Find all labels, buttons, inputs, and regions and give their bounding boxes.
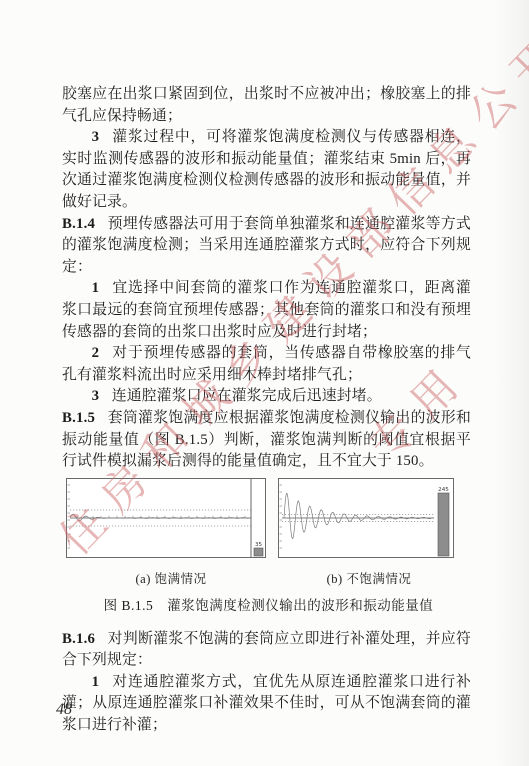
- paragraph-text: 胶塞应在出浆口紧固到位，出浆时不应被冲出；橡胶塞上的排气孔应保持畅通；: [62, 86, 471, 124]
- clause-number: B.1.6: [62, 631, 95, 647]
- clause-text: 对判断灌浆不饱满的套筒应立即进行补灌处理，并应符合下列规定：: [62, 631, 471, 669]
- item-number: 3: [92, 129, 100, 145]
- clause-b16: B.1.6对判断灌浆不饱满的套筒应立即进行补灌处理，并应符合下列规定：: [62, 629, 471, 672]
- caption-a: (a) 饱满情况: [66, 569, 276, 587]
- body-text: 胶塞应在出浆口紧固到位，出浆时不应被冲出；橡胶塞上的排气孔应保持畅通； 3灌浆过…: [62, 84, 471, 737]
- item-text: 宜选择中间套筒的灌浆口作为连通腔灌浆口，距离灌浆口最远的套筒宜预埋传感器；其他套…: [62, 280, 471, 339]
- item-text: 连通腔灌浆口应在灌浆完成后迅速封堵。: [112, 388, 382, 404]
- clause-number: B.1.4: [62, 216, 95, 232]
- caption-b: (b) 不饱满情况: [276, 569, 462, 587]
- page-number: 48: [56, 701, 72, 719]
- clause-b15: B.1.5套筒灌浆饱满度应根据灌浆饱满度检测仪输出的波形和振动能量值（图 B.1…: [62, 408, 471, 473]
- item-text: 对连通腔灌浆方式，宜优先从原连通腔灌浆口进行补灌；从原连通腔灌浆口补灌效果不佳时…: [62, 674, 471, 733]
- clause-item-1b: 1对连通腔灌浆方式，宜优先从原连通腔灌浆口进行补灌；从原连通腔灌浆口补灌效果不佳…: [62, 672, 471, 737]
- document-page: 胶塞应在出浆口紧固到位，出浆时不应被冲出；橡胶塞上的排气孔应保持畅通； 3灌浆过…: [0, 0, 529, 766]
- item-number: 3: [92, 388, 100, 404]
- item-number: 1: [92, 674, 100, 690]
- svg-text:245: 245: [438, 486, 449, 492]
- svg-text:35: 35: [255, 541, 263, 547]
- clause-text: 预埋传感器法可用于套筒单独灌浆和连通腔灌浆等方式的灌浆饱满度检测；当采用连通腔灌…: [62, 216, 471, 275]
- waveform-charts: 35 245: [66, 478, 471, 558]
- waveform-chart-full: 35: [66, 478, 266, 558]
- figure-b15: 35 245 (a) 饱满情况 (b) 不饱满情况 图 B.1.5 灌浆饱满度检…: [66, 478, 471, 614]
- paragraph-continuation: 胶塞应在出浆口紧固到位，出浆时不应被冲出；橡胶塞上的排气孔应保持畅通；: [62, 84, 471, 127]
- figure-title: 图 B.1.5 灌浆饱满度检测仪输出的波形和振动能量值: [66, 594, 471, 614]
- clause-item-3b: 3连通腔灌浆口应在灌浆完成后迅速封堵。: [62, 386, 471, 408]
- item-number: 1: [92, 280, 100, 296]
- item-number: 2: [92, 345, 100, 361]
- clause-number: B.1.5: [62, 410, 95, 426]
- item-text: 对于预埋传感器的套筒，当传感器自带橡胶塞的排气孔有灌浆料流出时应采用细木棒封堵排…: [62, 345, 471, 383]
- figure-captions: (a) 饱满情况 (b) 不饱满情况: [66, 569, 471, 587]
- clause-b14: B.1.4预埋传感器法可用于套筒单独灌浆和连通腔灌浆等方式的灌浆饱满度检测；当采…: [62, 214, 471, 279]
- item-text: 灌浆过程中，可将灌浆饱满度检测仪与传感器相连，实时监测传感器的波形和振动能量值；…: [62, 129, 471, 210]
- waveform-chart-notfull: 245: [278, 478, 454, 558]
- clause-text: 套筒灌浆饱满度应根据灌浆饱满度检测仪输出的波形和振动能量值（图 B.1.5）判断…: [62, 410, 471, 469]
- clause-item-2: 2对于预埋传感器的套筒，当传感器自带橡胶塞的排气孔有灌浆料流出时应采用细木棒封堵…: [62, 343, 471, 386]
- clause-item-1: 1宜选择中间套筒的灌浆口作为连通腔灌浆口，距离灌浆口最远的套筒宜预埋传感器；其他…: [62, 278, 471, 343]
- clause-item-3: 3灌浆过程中，可将灌浆饱满度检测仪与传感器相连，实时监测传感器的波形和振动能量值…: [62, 127, 471, 213]
